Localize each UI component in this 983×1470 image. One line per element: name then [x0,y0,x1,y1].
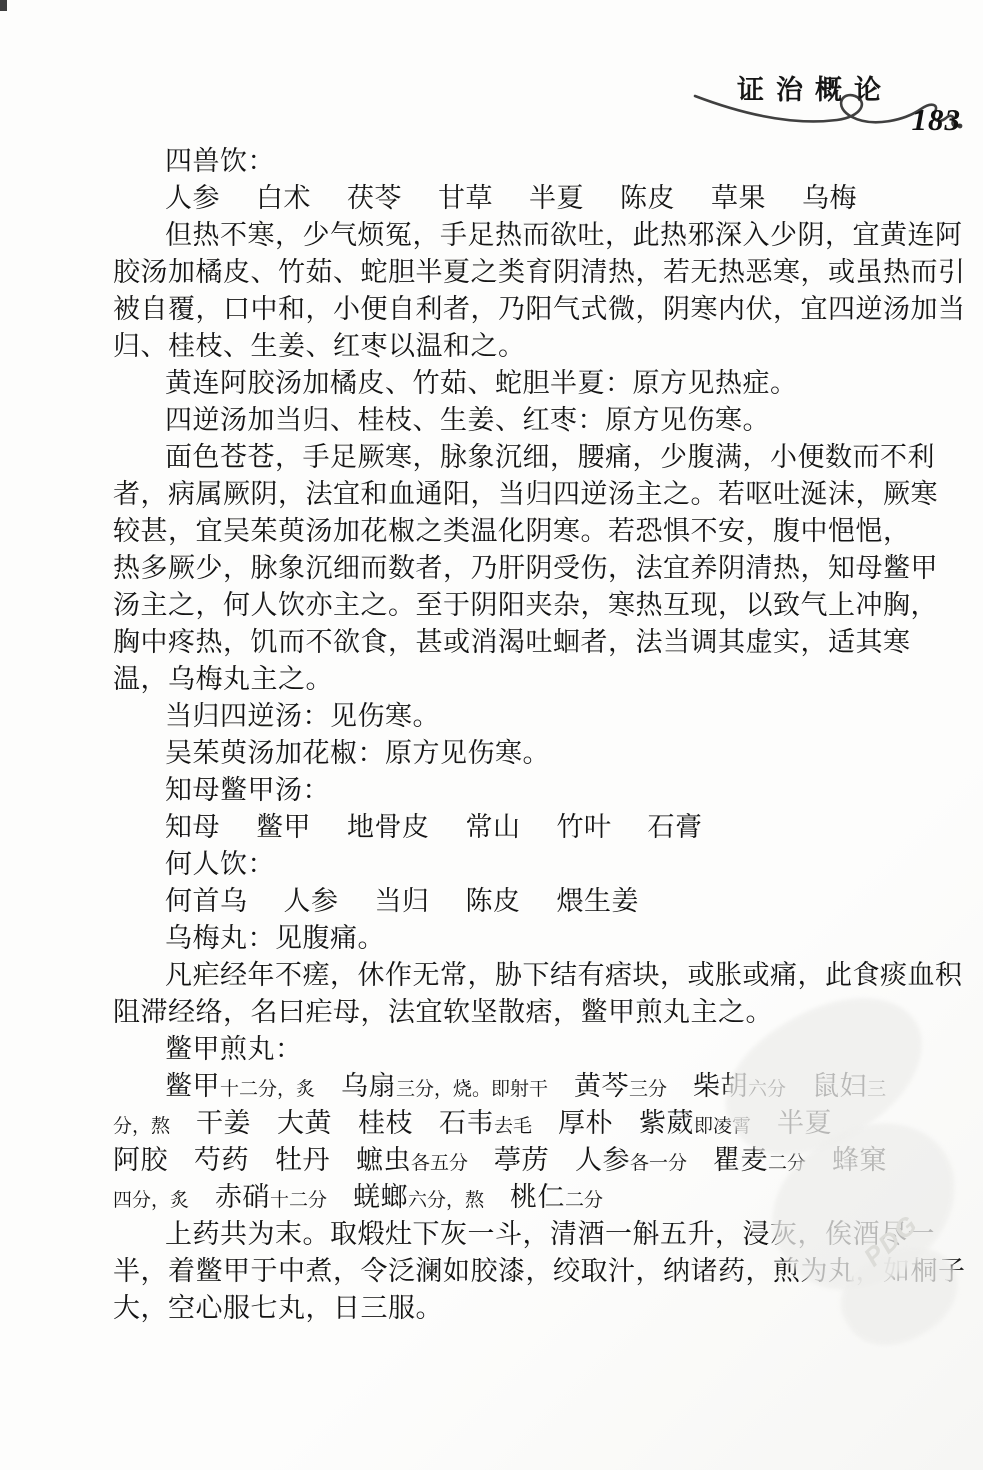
herb-name: 草果 [711,180,766,217]
herb-name: 陈皮 [466,883,521,920]
text-line: 汤主之，何人饮亦主之。至于阴阳夹杂，寒热互现，以致气上冲胸， [113,587,895,624]
text-line: 温，乌梅丸主之。 [113,661,895,698]
dosage-note: 六分 [748,1079,786,1100]
text-line: 黄连阿胶汤加橘皮、竹茹、蛇胆半夏：原方见热症。 [113,365,895,402]
herb-name: 人参 [284,883,339,920]
herb-name: 煨生姜 [557,883,640,920]
herb-name: 牡丹 [275,1145,330,1175]
scan-artifact-mark [0,0,7,11]
herb-name: 蜣螂 [353,1182,408,1212]
text-line: 热多厥少，脉象沉细而数者，乃肝阴受伤，法宜养阴清热，知母鳖甲 [113,550,895,587]
page-number: 183 [912,102,962,138]
herb-name: 石韦 [439,1108,494,1138]
text-line: 胶汤加橘皮、竹茹、蛇胆半夏之类育阴清热，若无热恶寒，或虽热而引 [113,254,895,291]
text-line: 者，病属厥阴，法宜和血通阳，当归四逆汤主之。若呕吐涎沫，厥寒 [113,476,895,513]
herb-name: 白术 [256,180,311,217]
dosage-note: 六分，熬 [408,1190,484,1211]
herb-name: 当归 [375,883,430,920]
herb-name: 人参 [165,180,220,217]
text-line: 面色苍苍，手足厥寒，脉象沉细，腰痛，少腹满，小便数而不利 [113,439,895,476]
herb-name: 乌扇 [341,1071,396,1101]
dosage-note: 即凌霄 [694,1116,751,1137]
herb-name: 赤硝 [215,1182,270,1212]
herb-name: 桃仁 [510,1182,565,1212]
text-line: 半，着鳖甲于中煮，令泛澜如胶漆，绞取汁，纳诸药，煎为丸，如桐子 [113,1253,895,1290]
herb-name: 何首乌 [165,883,248,920]
text-line: 知母鳖甲汤： [113,772,895,809]
herb-name: 甘草 [438,180,493,217]
text-line: 胸中疼热，饥而不欲食，甚或消渴吐蛔者，法当调其虚实，适其寒 [113,624,895,661]
herb-list-line: 人参白术茯苓甘草半夏陈皮草果乌梅 [113,180,895,217]
herb-name: 半夏 [529,180,584,217]
herb-name: 大黄 [277,1108,332,1138]
herb-name: 地骨皮 [347,809,430,846]
herb-name: 人参 [575,1145,630,1175]
dosage-note: 三分 [629,1079,667,1100]
dosage-note: 三分，烧。即射干 [396,1079,548,1100]
herb-name: 干姜 [196,1108,251,1138]
text-line: 阻滞经络，名曰疟母，法宜软坚散痞，鳖甲煎丸主之。 [113,994,895,1031]
herb-name: 鳖甲 [165,1071,220,1101]
text-line: 当归四逆汤：见伤寒。 [113,698,895,735]
herb-list-line: 何首乌人参当归陈皮煨生姜 [113,883,895,920]
herb-name: 厚朴 [558,1108,613,1138]
herb-name: 蜂窠 [832,1145,887,1175]
ingredient-line: 阿胶芍药牡丹蟅虫各五分葶苈人参各一分瞿麦二分蜂窠 [113,1142,895,1179]
text-line: 凡疟经年不瘥，休作无常，胁下结有痞块，或胀或痛，此食痰血积 [113,957,895,994]
ingredient-line: 分，熬干姜大黄桂枝石韦去毛厚朴紫葳即凌霄半夏 [113,1105,895,1142]
text-line: 被自覆，口中和，小便自利者，乃阳气式微，阴寒内伏，宜四逆汤加当 [113,291,895,328]
herb-name: 半夏 [777,1108,832,1138]
text-line: 四兽饮： [113,143,895,180]
herb-name: 紫葳 [639,1108,694,1138]
herb-name: 蟅虫 [356,1145,411,1175]
text-line: 大，空心服七丸，日三服。 [113,1290,895,1327]
text-line: 归、桂枝、生姜、红枣以温和之。 [113,328,895,365]
herb-name: 柴胡 [693,1071,748,1101]
ingredient-line: 鳖甲十二分，炙乌扇三分，烧。即射干黄芩三分柴胡六分鼠妇三 [113,1068,895,1105]
dosage-note: 二分 [565,1190,603,1211]
herb-name: 陈皮 [620,180,675,217]
herb-name: 黄芩 [574,1071,629,1101]
text-line: 吴茱萸汤加花椒：原方见伤寒。 [113,735,895,772]
text-line: 较甚，宜吴茱萸汤加花椒之类温化阴寒。若恐惧不安，腹中悒悒， [113,513,895,550]
herb-name: 鼠妇 [812,1071,867,1101]
text-line: 但热不寒，少气烦冤，手足热而欲吐，此热邪深入少阴，宜黄连阿 [113,217,895,254]
page-content: 四兽饮：人参白术茯苓甘草半夏陈皮草果乌梅但热不寒，少气烦冤，手足热而欲吐，此热邪… [113,143,895,1327]
herb-name: 鳖甲 [256,809,311,846]
dosage-note: 各一分 [630,1153,687,1174]
dosage-note: 二分 [768,1153,806,1174]
text-line: 乌梅丸：见腹痛。 [113,920,895,957]
ingredient-line: 四分，炙赤硝十二分蜣螂六分，熬桃仁二分 [113,1179,895,1216]
herb-list-line: 知母鳖甲地骨皮常山竹叶石膏 [113,809,895,846]
herb-name: 竹叶 [557,809,612,846]
herb-name: 茯苓 [347,180,402,217]
text-line: 何人饮： [113,846,895,883]
herb-name: 阿胶 [113,1145,168,1175]
text-line: 鳖甲煎丸： [113,1031,895,1068]
herb-name: 知母 [165,809,220,846]
herb-name: 芍药 [194,1145,249,1175]
herb-name: 葶苈 [494,1145,549,1175]
scanned-page: 证治概论 183 四兽饮：人参白术茯苓甘草半夏陈皮草果乌梅但热不寒，少气烦冤，手… [0,0,983,1470]
dosage-note: 十二分，炙 [220,1079,315,1100]
herb-name: 常山 [466,809,521,846]
herb-name: 瞿麦 [713,1145,768,1175]
dosage-note: 各五分 [411,1153,468,1174]
herb-name: 石膏 [648,809,703,846]
dosage-note: 四分，炙 [113,1190,189,1211]
dosage-note: 十二分 [270,1190,327,1211]
text-line: 上药共为末。取煅灶下灰一斗，清酒一斛五升，浸灰，俟酒尽一 [113,1216,895,1253]
text-line: 四逆汤加当归、桂枝、生姜、红枣：原方见伤寒。 [113,402,895,439]
dosage-note: 分，熬 [113,1116,170,1137]
herb-name: 乌梅 [802,180,857,217]
herb-name: 桂枝 [358,1108,413,1138]
dosage-note: 去毛 [494,1116,532,1137]
dosage-note: 三 [867,1079,886,1100]
